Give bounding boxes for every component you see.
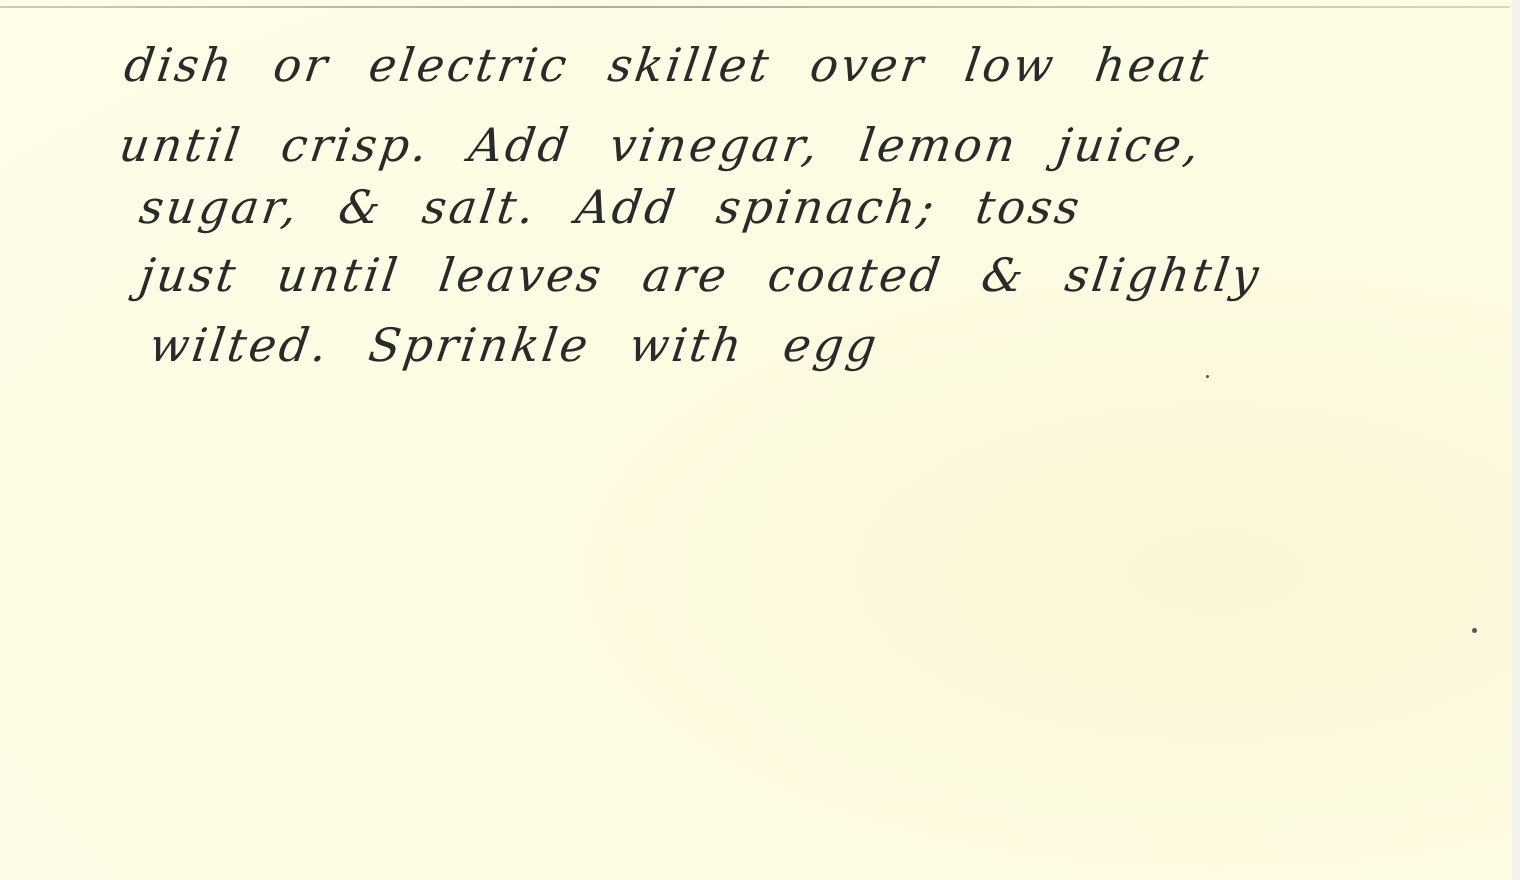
paper-speck [1206, 375, 1209, 378]
recipe-card: dish or electric skillet over low heat u… [0, 0, 1520, 880]
handwritten-line-4: just until leaves are coated & slightly [136, 248, 1265, 302]
card-right-edge [1512, 0, 1520, 880]
paper-speck [1472, 628, 1477, 633]
handwritten-line-2: until crisp. Add vinegar, lemon juice, [116, 118, 1205, 172]
handwritten-line-1: dish or electric skillet over low heat [121, 38, 1214, 92]
card-top-edge [0, 6, 1510, 8]
handwritten-line-3: sugar, & salt. Add spinach; toss [136, 180, 1085, 234]
handwritten-line-5: wilted. Sprinkle with egg [146, 318, 882, 372]
